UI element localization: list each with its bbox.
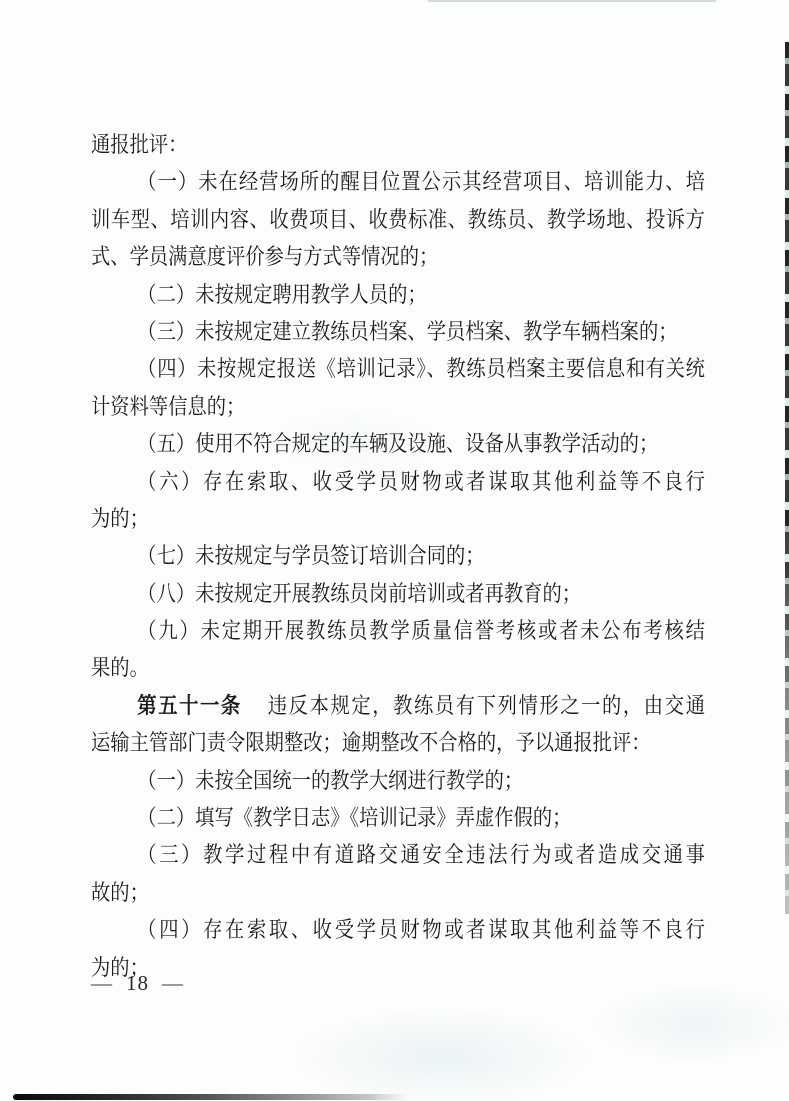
text-line: （五）使用不符合规定的车辆及设施、设备从事教学活动的； bbox=[91, 425, 705, 462]
scan-edge-artifact-right bbox=[785, 42, 789, 914]
footer-dash-left: — bbox=[91, 971, 113, 996]
document-page: 通报批评： （一）未在经营场所的醒目位置公示其经营项目、培训能力、培 训车型、培… bbox=[0, 0, 789, 1101]
text-line: 故的； bbox=[91, 874, 705, 911]
text-line: （八）未按规定开展教练员岗前培训或者再教育的； bbox=[91, 575, 705, 612]
text-line: 训车型、培训内容、收费项目、收费标准、教练员、教学场地、投诉方 bbox=[91, 201, 705, 238]
text-line: 式、学员满意度评价参与方式等情况的； bbox=[91, 238, 705, 275]
article-number: 第五十一条 bbox=[137, 693, 241, 718]
text-line: 为的； bbox=[91, 500, 705, 537]
text-line: （四）未按规定报送《培训记录》、教练员档案主要信息和有关统 bbox=[91, 350, 705, 387]
scan-edge-artifact-top bbox=[428, 0, 716, 2]
footer-dash-right: — bbox=[162, 971, 184, 996]
text-line: （一）未在经营场所的醒目位置公示其经营项目、培训能力、培 bbox=[91, 163, 705, 200]
article-text: 违反本规定，教练员有下列情形之一的，由交通 bbox=[268, 693, 705, 718]
text-line: （四）存在索取、收受学员财物或者谋取其他利益等不良行 bbox=[91, 911, 705, 948]
page-number: 18 bbox=[126, 971, 149, 996]
text-line: （六）存在索取、收受学员财物或者谋取其他利益等不良行 bbox=[91, 463, 705, 500]
article-51-first-line: 第五十一条违反本规定，教练员有下列情形之一的，由交通 bbox=[91, 687, 705, 724]
document-body: 通报批评： （一）未在经营场所的醒目位置公示其经营项目、培训能力、培 训车型、培… bbox=[91, 126, 705, 986]
text-line: 果的。 bbox=[91, 649, 705, 686]
text-line: （三）教学过程中有道路交通安全违法行为或者造成交通事 bbox=[91, 836, 705, 873]
text-line: 通报批评： bbox=[91, 126, 705, 163]
text-line: （九）未定期开展教练员教学质量信誉考核或者未公布考核结 bbox=[91, 612, 705, 649]
text-line: （二）未按规定聘用教学人员的； bbox=[91, 276, 705, 313]
text-line: 计资料等信息的； bbox=[91, 388, 705, 425]
text-line: （二）填写《教学日志》《培训记录》弄虚作假的； bbox=[91, 799, 705, 836]
text-line: （七）未按规定与学员签订培训合同的； bbox=[91, 537, 705, 574]
scan-edge-artifact-bottom bbox=[13, 1094, 407, 1100]
text-line: 运输主管部门责令限期整改；逾期整改不合格的，予以通报批评： bbox=[91, 724, 705, 761]
page-footer: — 18 — bbox=[91, 971, 184, 996]
text-line: （一）未按全国统一的教学大纲进行教学的； bbox=[91, 762, 705, 799]
text-line: （三）未按规定建立教练员档案、学员档案、教学车辆档案的； bbox=[91, 313, 705, 350]
